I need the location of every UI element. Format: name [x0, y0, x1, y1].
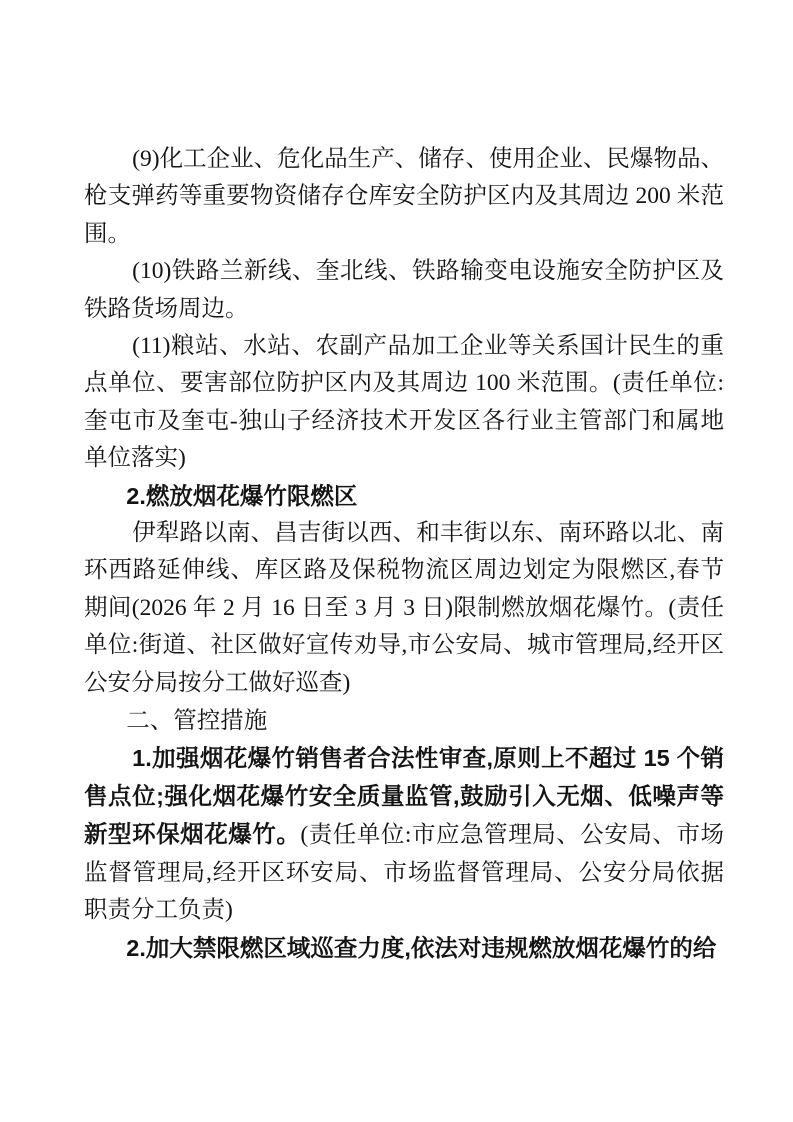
paragraph-item-11: (11)粮站、水站、农副产品加工企业等关系国计民生的重点单位、要害部位防护区内及… [84, 328, 724, 478]
paragraph-measure-2: 2.加大禁限燃区域巡查力度,依法对违规燃放烟花爆竹的给 [84, 930, 724, 967]
document-page: (9)化工企业、危化品生产、储存、使用企业、民爆物品、枪支弹药等重要物资储存仓库… [0, 0, 793, 1122]
section-heading-control-measures: 二、管控措施 [84, 702, 724, 739]
paragraph-item-10: (10)铁路兰新线、奎北线、铁路输变电设施安全防护区及铁路货场周边。 [84, 253, 724, 328]
paragraph-measure-1: 1.加强烟花爆竹销售者合法性审查,原则上不超过 15 个销售点位;强化烟花爆竹安… [84, 740, 724, 930]
document-body: (9)化工企业、危化品生产、储存、使用企业、民爆物品、枪支弹药等重要物资储存仓库… [84, 141, 724, 967]
section-heading-restricted-zone: 2.燃放烟花爆竹限燃区 [84, 478, 724, 515]
paragraph-restricted-zone-desc: 伊犁路以南、昌吉街以西、和丰街以东、南环路以北、南环西路延伸线、库区路及保税物流… [84, 515, 724, 702]
paragraph-item-9: (9)化工企业、危化品生产、储存、使用企业、民爆物品、枪支弹药等重要物资储存仓库… [84, 141, 724, 253]
